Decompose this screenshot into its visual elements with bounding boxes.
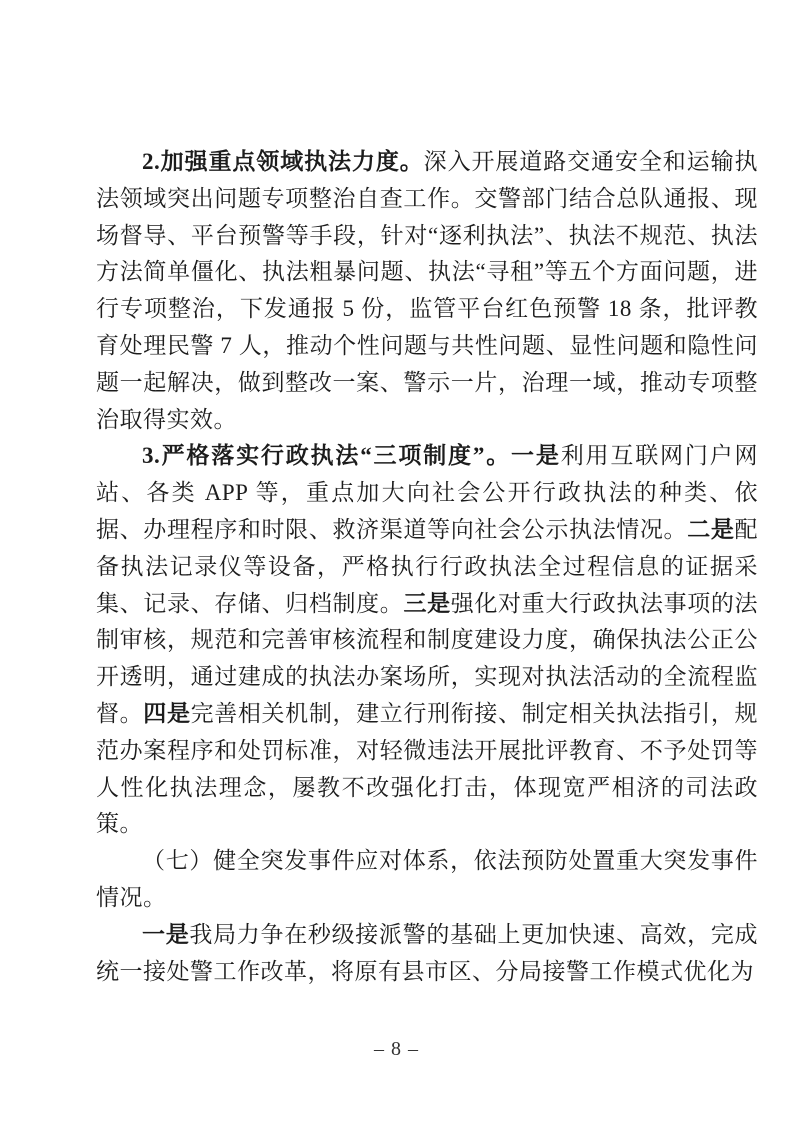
document-page: 2.加强重点领域执法力度。深入开展道路交通安全和运输执法领域突出问题专项整治自查… — [0, 0, 793, 1122]
page-number-label: – 8 – — [374, 1038, 419, 1060]
paragraph-point-2-text: 深入开展道路交通安全和运输执法领域突出问题专项整治自查工作。交警部门结合总队通报… — [96, 149, 758, 432]
paragraph-point-3: 3.严格落实行政执法“三项制度”。一是利用互联网门户网站、各类 APP 等，重点… — [96, 438, 758, 843]
document-body: 2.加强重点领域执法力度。深入开展道路交通安全和运输执法领域突出问题专项整治自查… — [96, 144, 758, 990]
item-marker-sanshi: 三是 — [403, 591, 450, 616]
item-marker-ershi: 二是 — [687, 517, 734, 542]
section-7-item-text-yishi: 我局力争在秒级接派警的基础上更加快速、高效，完成统一接处警工作改革，将原有县市区… — [96, 922, 758, 984]
paragraph-section-7-item-1: 一是我局力争在秒级接派警的基础上更加快速、高效，完成统一接处警工作改革，将原有县… — [96, 917, 758, 991]
page-number: – 8 – — [0, 1036, 793, 1062]
section-7-heading: （七）健全突发事件应对体系，依法预防处置重大突发事件情况。 — [96, 843, 758, 917]
paragraph-point-3-heading: 3.严格落实行政执法“三项制度”。 — [142, 443, 511, 468]
paragraph-point-2: 2.加强重点领域执法力度。深入开展道路交通安全和运输执法领域突出问题专项整治自查… — [96, 144, 758, 438]
paragraph-point-2-heading: 2.加强重点领域执法力度。 — [142, 149, 424, 174]
section-7-heading-text: （七）健全突发事件应对体系，依法预防处置重大突发事件情况。 — [96, 848, 758, 910]
item-text-sishi: 完善相关机制，建立行刑衔接、制定相关执法指引，规范办案程序和处罚标准，对轻微违法… — [96, 701, 758, 836]
item-marker-yishi: 一是 — [511, 443, 561, 468]
section-7-item-marker-yishi: 一是 — [142, 922, 189, 947]
item-marker-sishi: 四是 — [143, 701, 190, 726]
